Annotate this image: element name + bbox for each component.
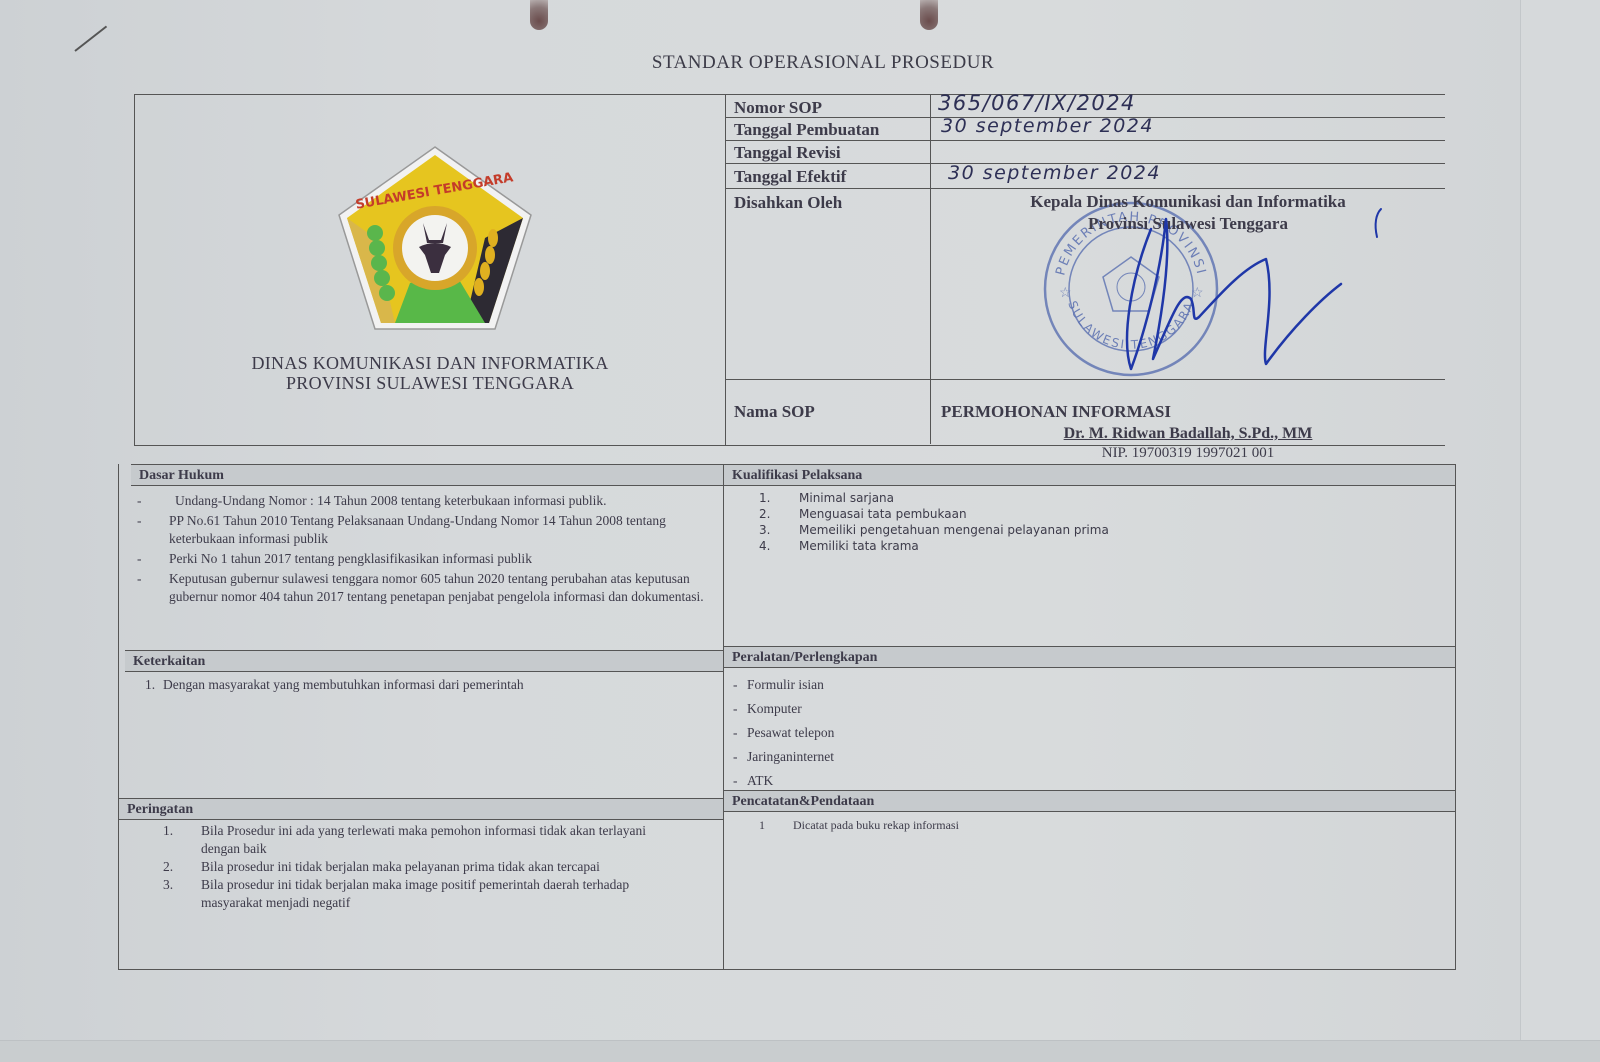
label-tanggal-efektif: Tanggal Efektif [734,167,846,187]
binder-ring-left [530,0,548,30]
document-title: STANDAR OPERASIONAL PROSEDUR [0,52,1600,74]
list-peralatan: -Formulir isian -Komputer -Pesawat telep… [733,676,1233,796]
agency-name-line2: PROVINSI SULAWESI TENGGARA [135,373,725,393]
list-item: 3.Memeiliki pengetahuan mengenai pelayan… [729,522,1429,538]
page-bottom-edge [0,1040,1600,1062]
list-item: 4.Memiliki tata krama [729,538,1429,554]
list-item: -Pesawat telepon [733,724,1233,742]
list-item: -PP No.61 Tahun 2010 Tentang Pelaksanaan… [137,512,707,548]
row-tanggal-efektif: Tanggal Efektif 30 september 2024 [726,164,1445,189]
heading-kualifikasi-pelaksana: Kualifikasi Pelaksana [724,464,1455,486]
list-kualifikasi-pelaksana: 1.Minimal sarjana 2.Menguasai tata pembu… [729,490,1429,554]
heading-keterkaitan: Keterkaitan [125,650,723,672]
agency-identity: SULAWESI TENGGARA DINAS KOMUNIKASI DAN I… [135,95,726,445]
column-divider [723,464,724,969]
heading-peralatan: Peralatan/Perlengkapan [724,646,1455,668]
value-nomor-sop: 365/067/IX/2024 [938,91,1136,115]
list-item: 2.Menguasai tata pembukaan [729,506,1429,522]
approval-block: ☆ ☆ PEMERINTAH PROVINSI SULAWESI TENGGAR… [931,189,1445,379]
list-item: -Perki No 1 tahun 2017 tentang pengklasi… [137,550,707,568]
list-peringatan: 1.Bila Prosedur ini ada yang terlewati m… [163,822,683,912]
agency-name-line1: DINAS KOMUNIKASI DAN INFORMATIKA [135,353,725,373]
list-item: -ATK [733,772,1233,790]
sop-header-table: SULAWESI TENGGARA DINAS KOMUNIKASI DAN I… [134,94,1445,446]
row-tanggal-pembuatan: Tanggal Pembuatan 30 september 2024 [726,118,1445,141]
list-keterkaitan: 1.Dengan masyarakat yang membutuhkan inf… [145,676,705,694]
list-item: 1Dicatat pada buku rekap informasi [759,816,1259,834]
svg-text:☆: ☆ [1059,286,1072,301]
list-item: -Komputer [733,700,1233,718]
value-tanggal-pembuatan: 30 september 2024 [941,115,1154,137]
label-tanggal-revisi: Tanggal Revisi [734,143,841,163]
list-pencatatan: 1Dicatat pada buku rekap informasi [759,816,1259,834]
value-tanggal-efektif: 30 september 2024 [948,162,1161,184]
list-item: -Keputusan gubernur sulawesi tenggara no… [137,570,707,606]
sop-detail-table: Dasar Hukum -Undang-Undang Nomor : 14 Ta… [118,464,1456,970]
sulawesi-tenggara-emblem-icon: SULAWESI TENGGARA [335,143,535,333]
agency-name: DINAS KOMUNIKASI DAN INFORMATIKA PROVINS… [135,353,725,393]
binder-ring-right [920,0,938,30]
list-item: 2.Bila prosedur ini tidak berjalan maka … [163,858,683,876]
underlying-page [1520,0,1600,1062]
heading-dasar-hukum: Dasar Hukum [131,464,723,486]
list-item: 1.Minimal sarjana [729,490,1429,506]
approver-nip: NIP. 19700319 1997021 001 [931,445,1445,462]
label-nomor-sop: Nomor SOP [734,98,822,118]
row-tanggal-revisi: Tanggal Revisi [726,141,1445,164]
heading-pencatatan: Pencatatan&Pendataan [724,790,1455,812]
list-item: 1.Bila Prosedur ini ada yang terlewati m… [163,822,683,858]
list-item: -Formulir isian [733,676,1233,694]
heading-peringatan: Peringatan [119,798,723,820]
list-item: -Undang-Undang Nomor : 14 Tahun 2008 ten… [137,492,707,510]
value-nama-sop: PERMOHONAN INFORMASI [941,402,1171,422]
list-item: 3.Bila prosedur ini tidak berjalan maka … [163,876,683,912]
label-nama-sop: Nama SOP [734,402,815,422]
list-dasar-hukum: -Undang-Undang Nomor : 14 Tahun 2008 ten… [137,492,707,606]
list-item: 1.Dengan masyarakat yang membutuhkan inf… [145,676,705,694]
label-tanggal-pembuatan: Tanggal Pembuatan [734,120,879,140]
handwritten-signature-icon [1091,189,1421,389]
row-nama-sop: Nama SOP PERMOHONAN INFORMASI [726,380,1445,444]
list-item: -Jaringaninternet [733,748,1233,766]
label-disahkan-oleh: Disahkan Oleh [734,193,842,213]
